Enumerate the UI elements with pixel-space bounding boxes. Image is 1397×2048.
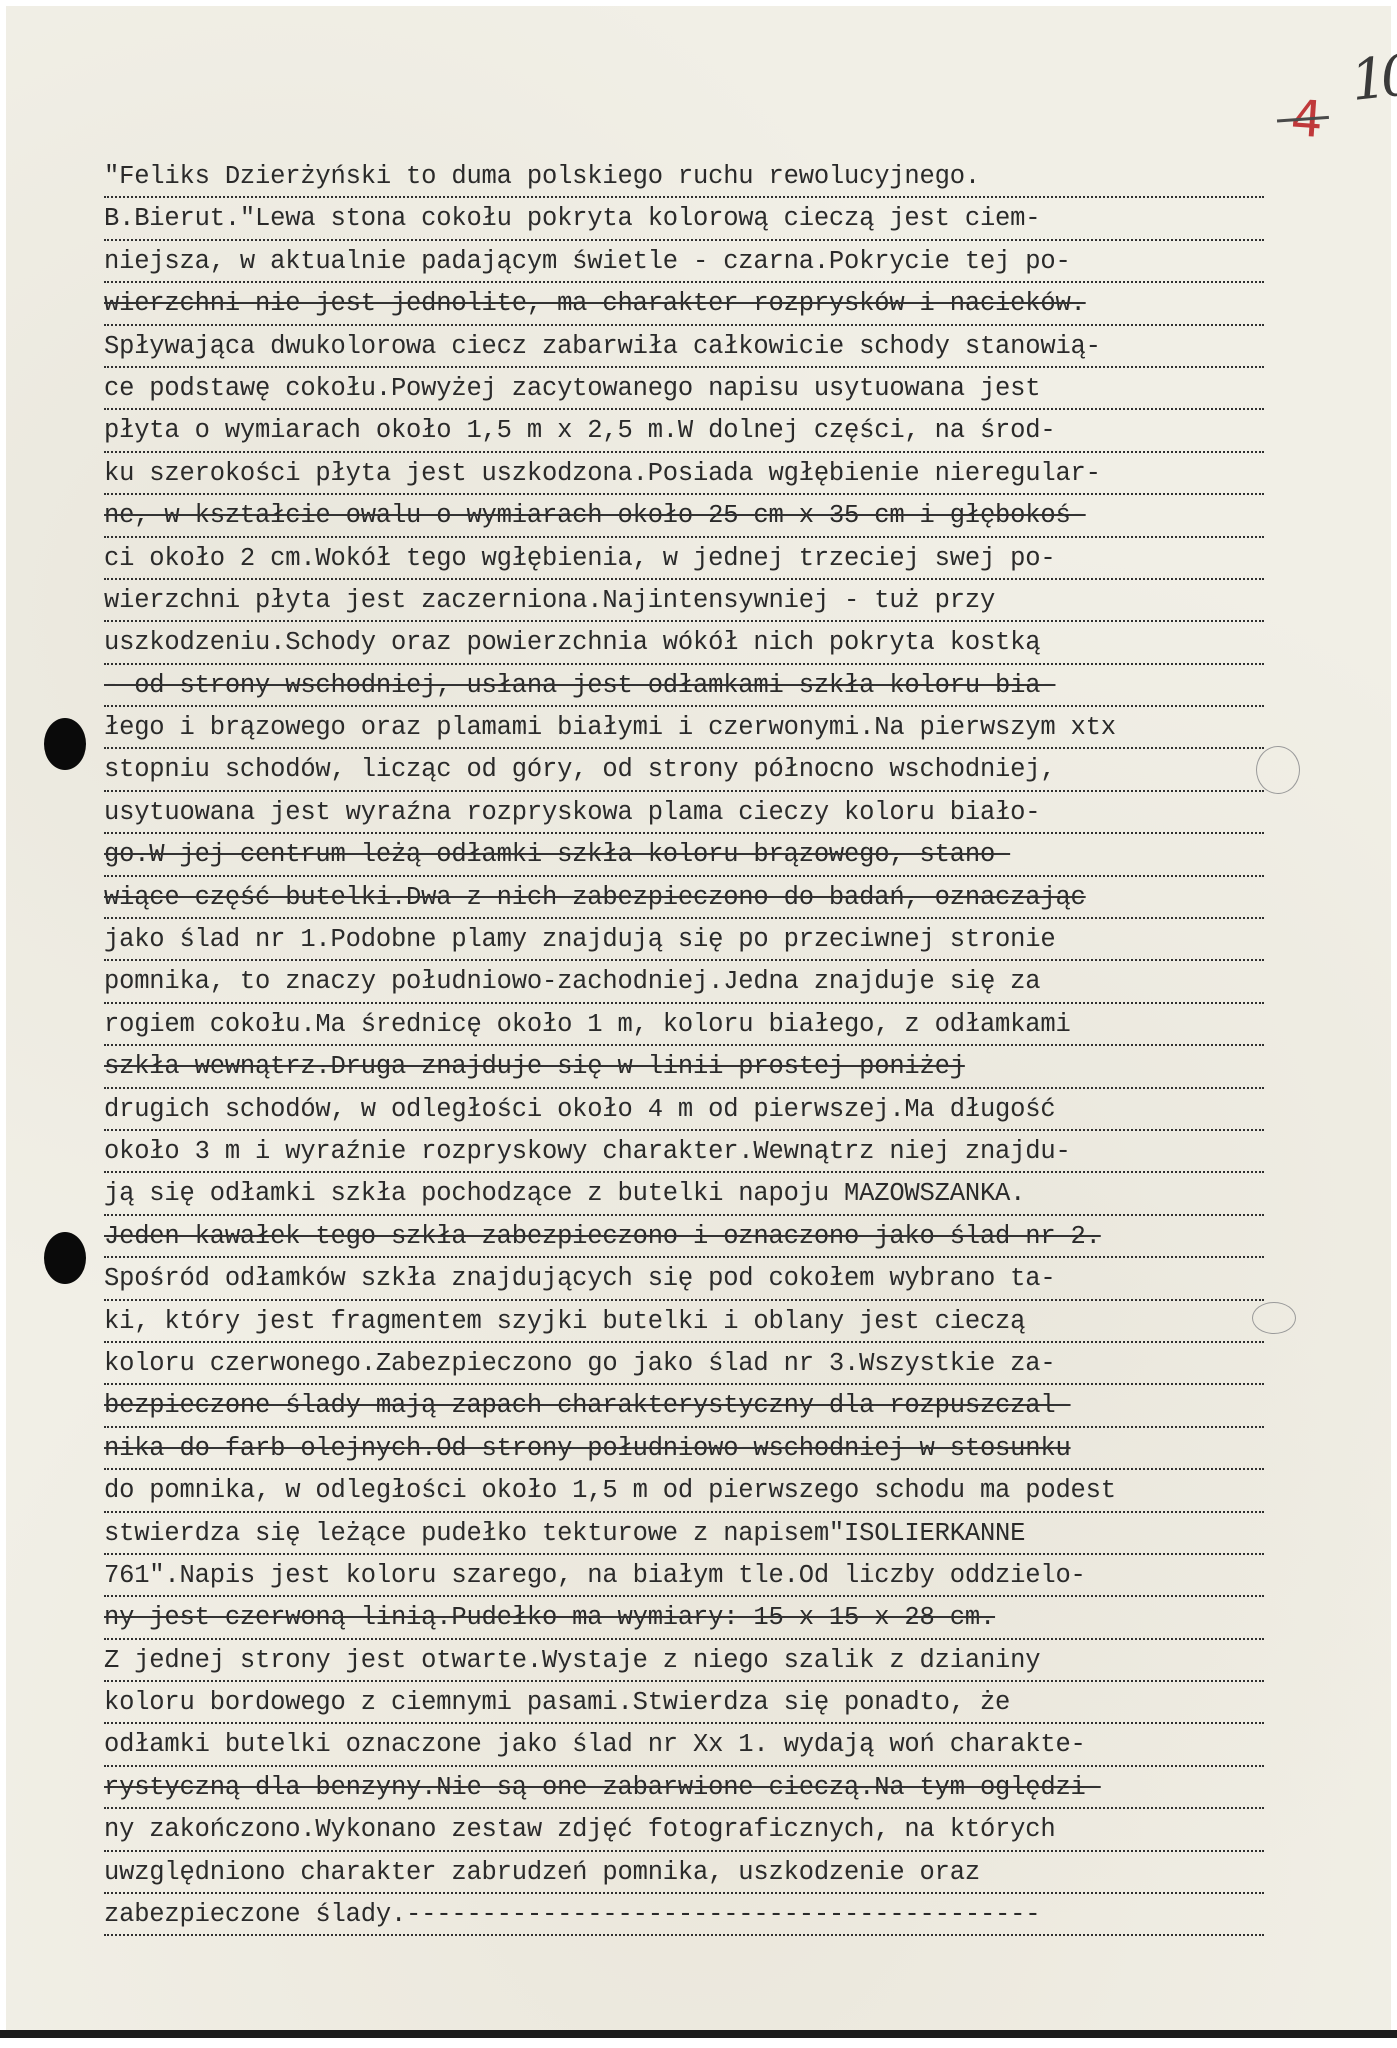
document-page: 10 4 "Feliks Dzierżyński to duma polskie… (6, 6, 1391, 2036)
text-line-content: odłamki butelki oznaczone jako ślad nr X… (104, 1730, 1086, 1759)
text-line: stwierdza się leżące pudełko tekturowe z… (104, 1513, 1264, 1555)
text-line: łego i brązowego oraz plamami białymi i … (104, 707, 1264, 749)
text-line-content: Spośród odłamków szkła znajdujących się … (104, 1264, 1055, 1293)
text-line: drugich schodów, w odległości około 4 m … (104, 1089, 1264, 1131)
text-line: rystyczną dla benzyny.Nie są one zabarwi… (104, 1767, 1264, 1809)
text-line-content: - od strony wschodniej, usłana jest odła… (104, 671, 1055, 700)
text-line-content: uwzględniono charakter zabrudzeń pomnika… (104, 1858, 980, 1887)
text-line-content: wierzchni płyta jest zaczerniona.Najinte… (104, 586, 995, 615)
text-line: Spośród odłamków szkła znajdujących się … (104, 1258, 1264, 1300)
scan-bottom-edge (0, 2030, 1397, 2038)
text-line-content: do pomnika, w odległości około 1,5 m od … (104, 1476, 1116, 1505)
text-line: około 3 m i wyraźnie rozpryskowy charakt… (104, 1131, 1264, 1173)
text-line: płyta o wymiarach około 1,5 m x 2,5 m.W … (104, 410, 1264, 452)
text-line-content: łego i brązowego oraz plamami białymi i … (104, 713, 1116, 742)
text-line: wierzchni nie jest jednolite, ma charakt… (104, 283, 1264, 325)
text-line: niejsza, w aktualnie padającym świetle -… (104, 241, 1264, 283)
text-line: koloru bordowego z ciemnymi pasami.Stwie… (104, 1682, 1264, 1724)
text-line-content: Spływająca dwukolorowa ciecz zabarwiła c… (104, 332, 1101, 361)
text-line-content: płyta o wymiarach około 1,5 m x 2,5 m.W … (104, 416, 1055, 445)
text-line: wiące część butelki.Dwa z nich zabezpiec… (104, 877, 1264, 919)
text-line-content: drugich schodów, w odległości około 4 m … (104, 1095, 1055, 1124)
text-line: stopniu schodów, licząc od góry, od stro… (104, 749, 1264, 791)
text-line-content: 761".Napis jest koloru szarego, na biały… (104, 1561, 1086, 1590)
text-line-content: pomnika, to znaczy południowo-zachodniej… (104, 967, 1040, 996)
punch-hole-top (44, 718, 86, 770)
text-line: Spływająca dwukolorowa ciecz zabarwiła c… (104, 326, 1264, 368)
text-line-content: uszkodzeniu.Schody oraz powierzchnia wók… (104, 628, 1040, 657)
text-line-content: Jeden kawałek tego szkła zabezpieczono i… (104, 1222, 1101, 1251)
text-line-content: usytuowana jest wyraźna rozpryskowa plam… (104, 798, 1040, 827)
text-line: ne, w kształcie owalu o wymiarach około … (104, 495, 1264, 537)
text-line: Z jednej strony jest otwarte.Wystaje z n… (104, 1640, 1264, 1682)
text-line-content: około 3 m i wyraźnie rozpryskowy charakt… (104, 1137, 1071, 1166)
text-line-content: "Feliks Dzierżyński to duma polskiego ru… (104, 162, 980, 191)
text-line-content: koloru bordowego z ciemnymi pasami.Stwie… (104, 1688, 1010, 1717)
handwritten-page-number: 10 (1348, 43, 1397, 114)
text-line-content: bezpieczone ślady mają zapach charaktery… (104, 1391, 1071, 1420)
text-line: zabezpieczone ślady.--------------------… (104, 1894, 1264, 1936)
text-line-content: wierzchni nie jest jednolite, ma charakt… (104, 289, 1086, 318)
red-archive-number: 4 (1289, 89, 1325, 149)
text-line-content: wiące część butelki.Dwa z nich zabezpiec… (104, 883, 1086, 912)
text-line-content: Z jednej strony jest otwarte.Wystaje z n… (104, 1646, 1040, 1675)
text-line: usytuowana jest wyraźna rozpryskowa plam… (104, 792, 1264, 834)
text-line-content: go.W jej centrum leżą odłamki szkła kolo… (104, 840, 1010, 869)
text-line-content: ne, w kształcie owalu o wymiarach około … (104, 501, 1086, 530)
text-line: pomnika, to znaczy południowo-zachodniej… (104, 961, 1264, 1003)
text-line-content: rystyczną dla benzyny.Nie są one zabarwi… (104, 1773, 1101, 1802)
text-line: Jeden kawałek tego szkła zabezpieczono i… (104, 1216, 1264, 1258)
text-line: ce podstawę cokołu.Powyżej zacytowanego … (104, 368, 1264, 410)
text-line: uszkodzeniu.Schody oraz powierzchnia wók… (104, 622, 1264, 664)
text-line: ny zakończono.Wykonano zestaw zdjęć foto… (104, 1809, 1264, 1851)
text-line: "Feliks Dzierżyński to duma polskiego ru… (104, 156, 1264, 198)
text-line: szkła wewnątrz.Druga znajduje się w lini… (104, 1046, 1264, 1088)
text-line: - od strony wschodniej, usłana jest odła… (104, 665, 1264, 707)
text-line-content: stopniu schodów, licząc od góry, od stro… (104, 755, 1055, 784)
text-line-content: ją się odłamki szkła pochodzące z butelk… (104, 1179, 1025, 1208)
text-line-content: rogiem cokołu.Ma średnicę około 1 m, kol… (104, 1010, 1071, 1039)
text-line-content: szkła wewnątrz.Druga znajduje się w lini… (104, 1052, 965, 1081)
text-line: ku szerokości płyta jest uszkodzona.Posi… (104, 453, 1264, 495)
text-line-content: ci około 2 cm.Wokół tego wgłębienia, w j… (104, 544, 1055, 573)
text-line-content: koloru czerwonego.Zabezpieczono go jako … (104, 1349, 1055, 1378)
text-line-content: zabezpieczone ślady.--------------------… (104, 1900, 1040, 1929)
text-line-content: B.Bierut."Lewa stona cokołu pokryta kolo… (104, 204, 1040, 233)
typewritten-text: "Feliks Dzierżyński to duma polskiego ru… (104, 156, 1264, 1936)
text-line: 761".Napis jest koloru szarego, na biały… (104, 1555, 1264, 1597)
text-line: ją się odłamki szkła pochodzące z butelk… (104, 1173, 1264, 1215)
text-line: koloru czerwonego.Zabezpieczono go jako … (104, 1343, 1264, 1385)
text-line: ki, który jest fragmentem szyjki butelki… (104, 1301, 1264, 1343)
text-line: nika do farb olejnych.Od strony południo… (104, 1428, 1264, 1470)
punch-hole-bottom (44, 1232, 86, 1284)
text-line: B.Bierut."Lewa stona cokołu pokryta kolo… (104, 198, 1264, 240)
text-line: bezpieczone ślady mają zapach charaktery… (104, 1385, 1264, 1427)
text-line: jako ślad nr 1.Podobne plamy znajdują si… (104, 919, 1264, 961)
text-line: ny jest czerwoną linią.Pudełko ma wymiar… (104, 1597, 1264, 1639)
text-line: wierzchni płyta jest zaczerniona.Najinte… (104, 580, 1264, 622)
text-line: do pomnika, w odległości około 1,5 m od … (104, 1470, 1264, 1512)
text-line: ci około 2 cm.Wokół tego wgłębienia, w j… (104, 538, 1264, 580)
text-line-content: ki, który jest fragmentem szyjki butelki… (104, 1307, 1025, 1336)
text-line-content: stwierdza się leżące pudełko tekturowe z… (104, 1519, 1025, 1548)
text-line: rogiem cokołu.Ma średnicę około 1 m, kol… (104, 1004, 1264, 1046)
text-line-content: ny zakończono.Wykonano zestaw zdjęć foto… (104, 1815, 1055, 1844)
text-line-content: ce podstawę cokołu.Powyżej zacytowanego … (104, 374, 1040, 403)
text-line-content: ny jest czerwoną linią.Pudełko ma wymiar… (104, 1603, 995, 1632)
text-line: go.W jej centrum leżą odłamki szkła kolo… (104, 834, 1264, 876)
text-line-content: nika do farb olejnych.Od strony południo… (104, 1434, 1071, 1463)
text-line: uwzględniono charakter zabrudzeń pomnika… (104, 1852, 1264, 1894)
text-line-content: ku szerokości płyta jest uszkodzona.Posi… (104, 459, 1101, 488)
text-line: odłamki butelki oznaczone jako ślad nr X… (104, 1724, 1264, 1766)
text-line-content: niejsza, w aktualnie padającym świetle -… (104, 247, 1071, 276)
text-line-content: jako ślad nr 1.Podobne plamy znajdują si… (104, 925, 1055, 954)
